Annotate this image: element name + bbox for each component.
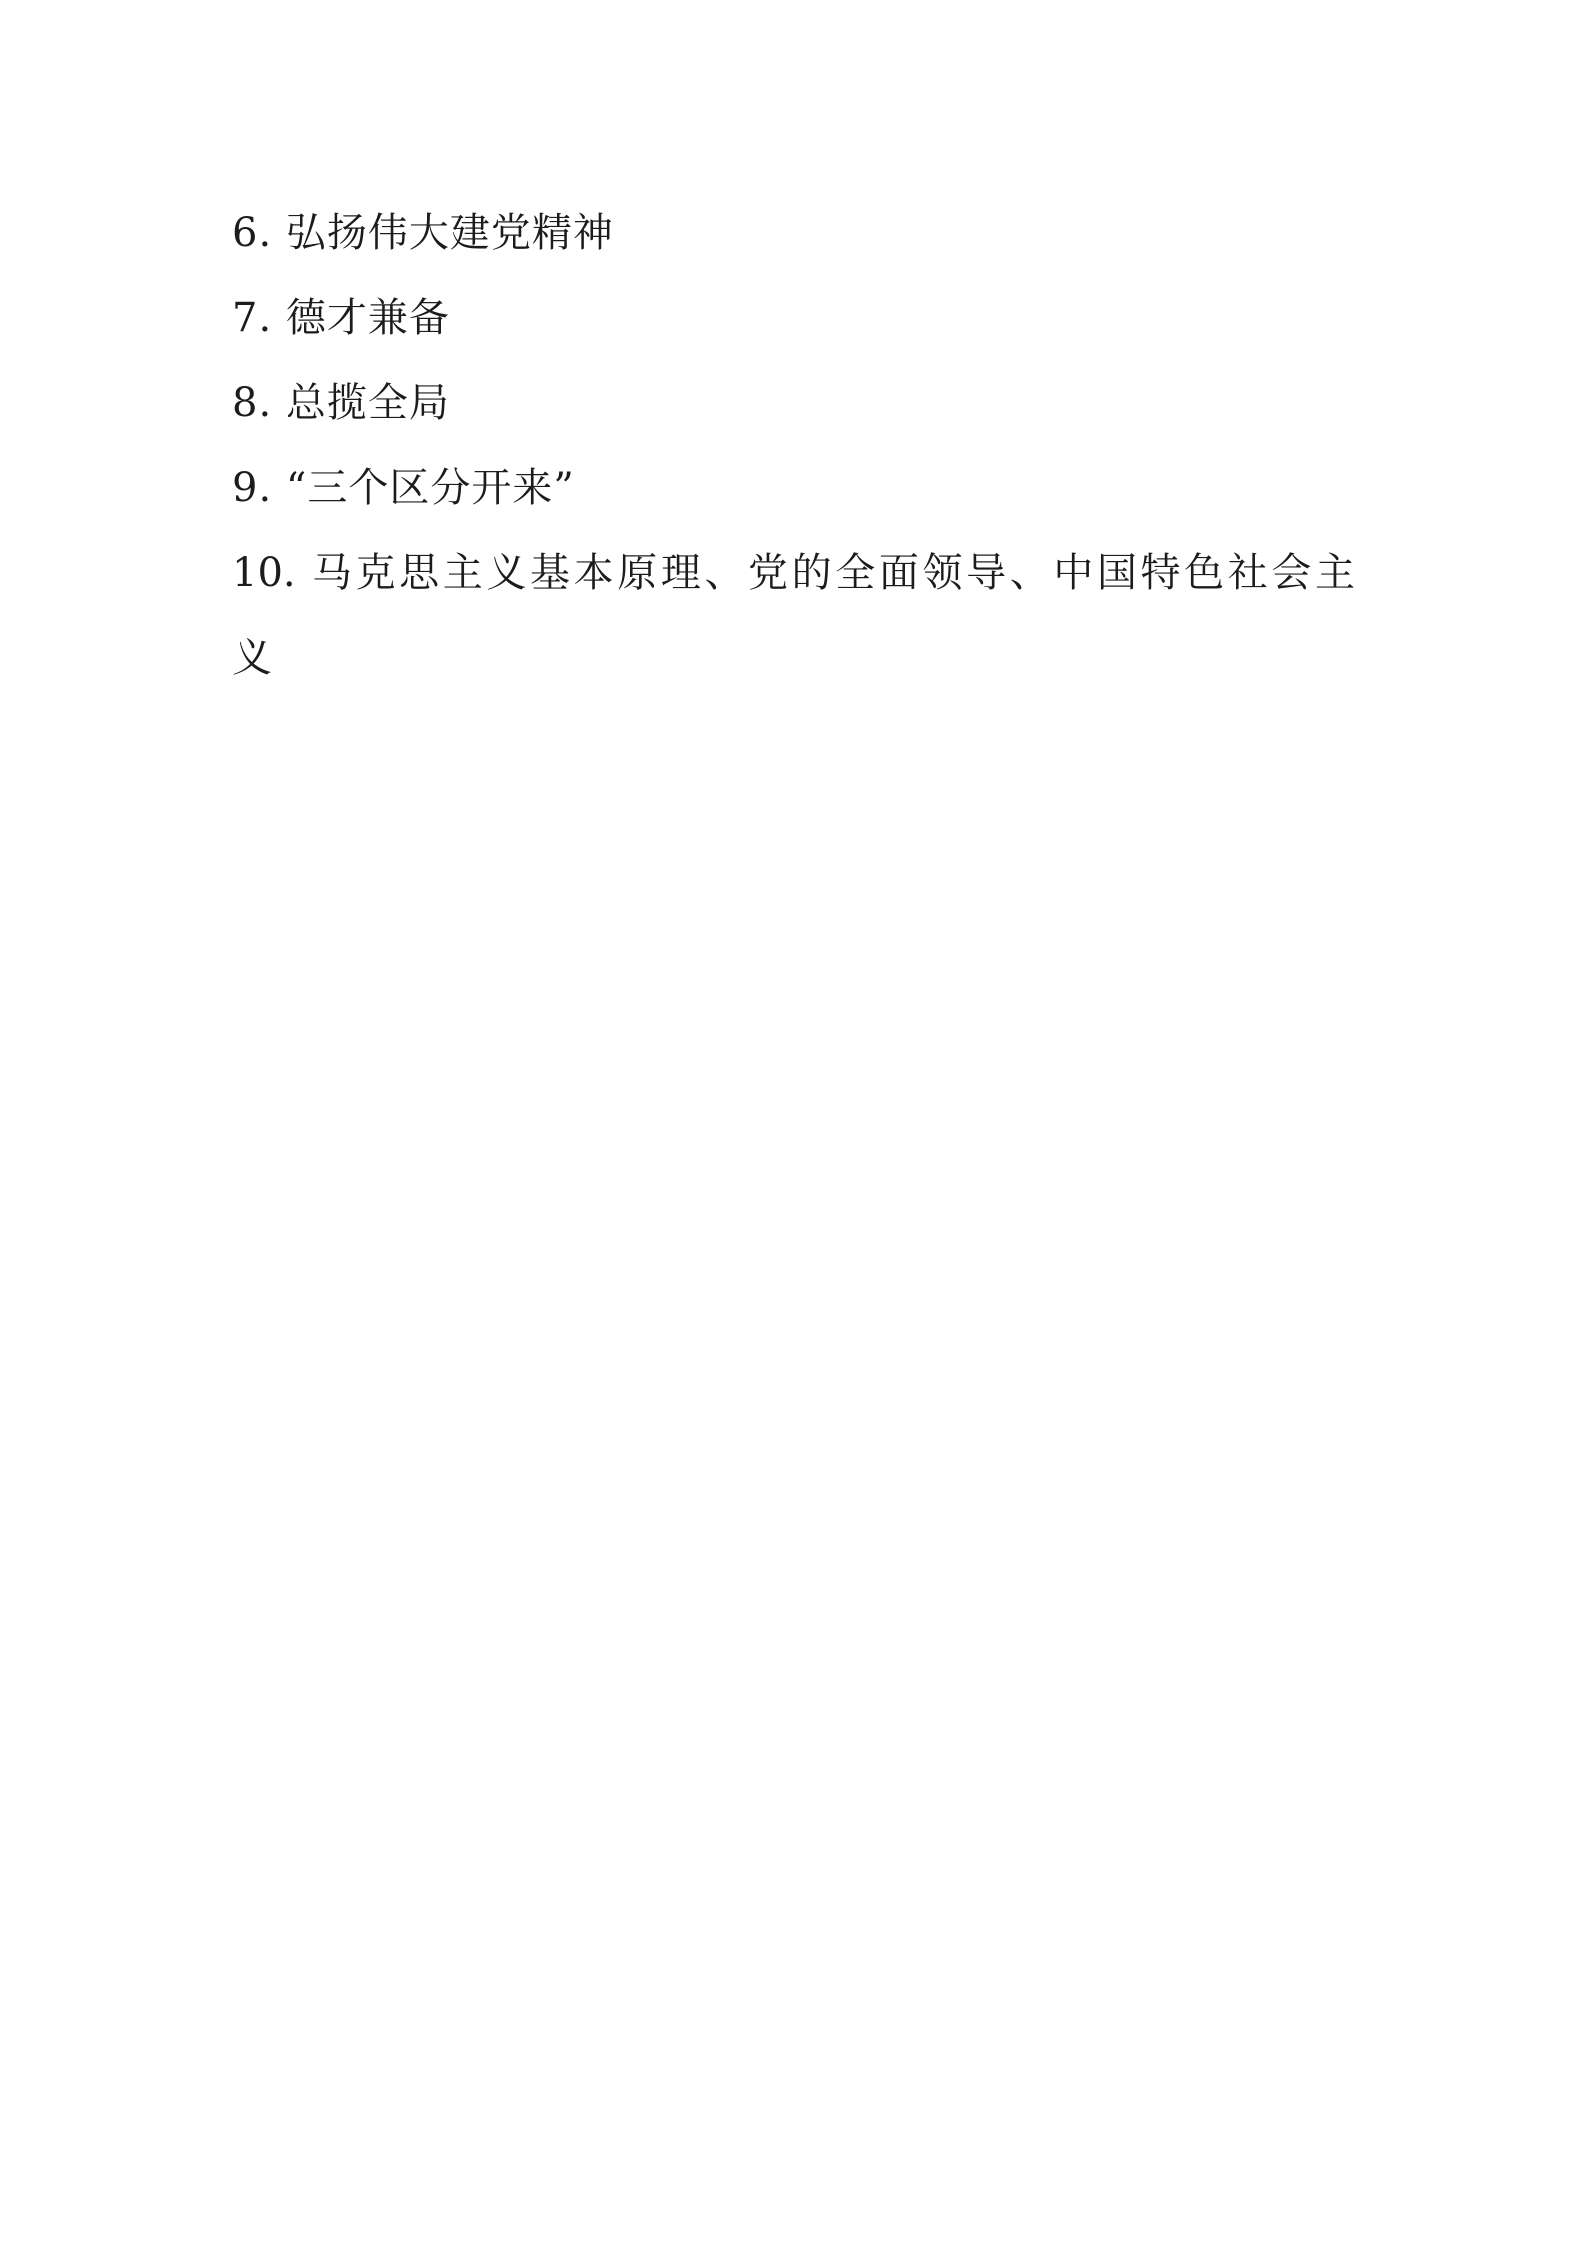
list-item-line: 7. 德才兼备	[232, 276, 1355, 361]
document-page: 6. 弘扬伟大建党精神 7. 德才兼备 8. 总揽全局 9. “三个区分开来” …	[0, 0, 1587, 2245]
list-item-continuation-line: 义	[232, 616, 1355, 701]
numbered-list-item-10: 10. 马克思主义基本原理、党的全面领导、中国特色社会主 义	[232, 531, 1355, 701]
numbered-list-item-8: 8. 总揽全局	[232, 361, 1355, 446]
numbered-list-item-9: 9. “三个区分开来”	[232, 446, 1355, 531]
text-block: 6. 弘扬伟大建党精神 7. 德才兼备 8. 总揽全局 9. “三个区分开来” …	[232, 191, 1355, 701]
numbered-list-item-6: 6. 弘扬伟大建党精神	[232, 191, 1355, 276]
list-item-line: 9. “三个区分开来”	[232, 446, 1355, 531]
list-item-line: 10. 马克思主义基本原理、党的全面领导、中国特色社会主	[232, 531, 1355, 616]
numbered-list-item-7: 7. 德才兼备	[232, 276, 1355, 361]
list-item-line: 8. 总揽全局	[232, 361, 1355, 446]
list-item-line: 6. 弘扬伟大建党精神	[232, 191, 1355, 276]
